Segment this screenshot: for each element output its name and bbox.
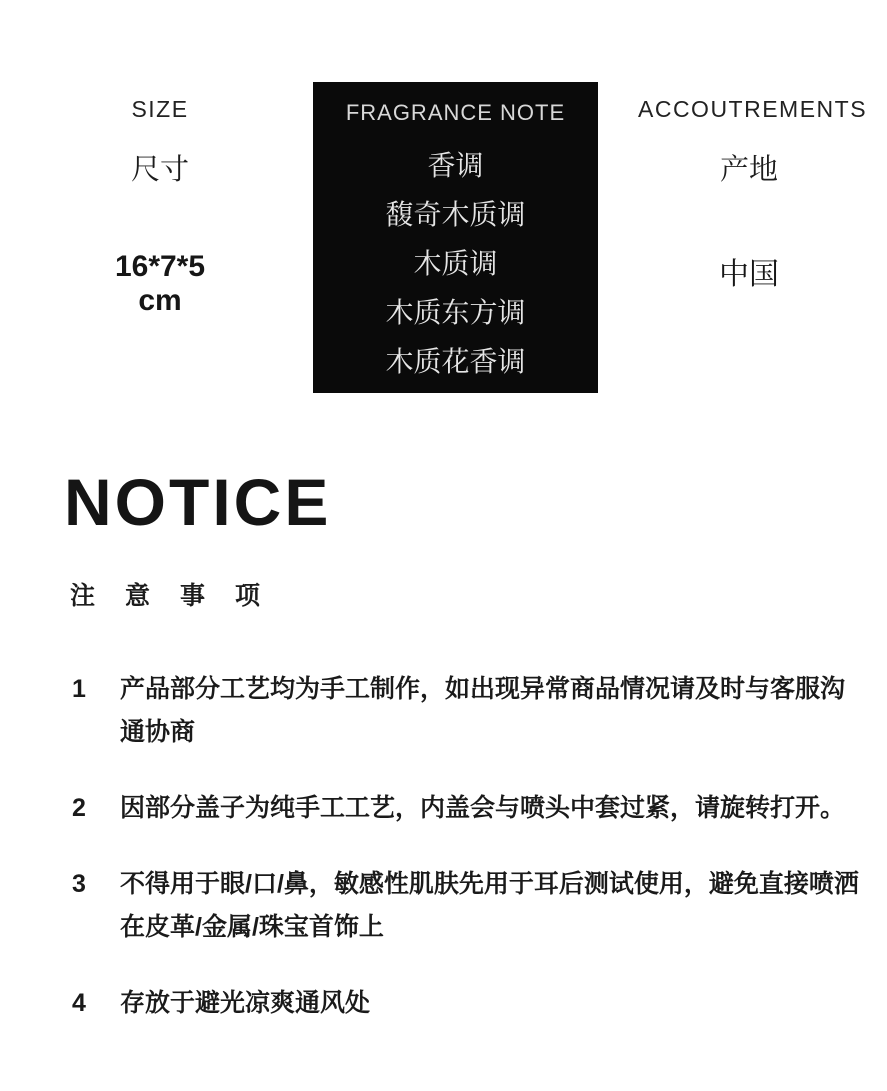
notice-item: 3 不得用于眼/口/鼻，敏感性肌肤先用于耳后测试使用，避免直接喷洒在皮革/金属/… [72,863,865,949]
notice-subtitle: 注意事项 [70,576,290,612]
notice-item: 1 产品部分工艺均为手工制作，如出现异常商品情况请及时与客服沟通协商 [72,668,865,754]
size-label-en: SIZE [55,96,265,123]
size-column: SIZE 尺寸 16*7*5 cm [55,96,265,318]
notice-item-number: 3 [72,863,120,906]
origin-label-zh: 产地 [638,147,860,188]
size-value-unit: cm [55,284,265,318]
notice-title: NOTICE [64,468,331,537]
notice-list: 1 产品部分工艺均为手工制作，如出现异常商品情况请及时与客服沟通协商 2 因部分… [72,668,865,1058]
fragrance-note: 馥奇木质调 [313,190,598,239]
notice-item-number: 4 [72,982,120,1025]
notice-item: 2 因部分盖子为纯手工工艺，内盖会与喷头中套过紧，请旋转打开。 [72,787,865,830]
fragrance-label-zh: 香调 [313,141,598,190]
size-value-dimensions: 16*7*5 [55,250,265,284]
notice-item-text: 不得用于眼/口/鼻，敏感性肌肤先用于耳后测试使用，避免直接喷洒在皮革/金属/珠宝… [120,863,865,949]
fragrance-note: 木质东方调 [313,288,598,337]
origin-label-en: ACCOUTREMENTS [638,96,860,123]
notice-item-text: 产品部分工艺均为手工制作，如出现异常商品情况请及时与客服沟通协商 [120,668,865,754]
notice-item-number: 2 [72,787,120,830]
fragrance-note: 木质花香调 [313,337,598,386]
size-label-zh: 尺寸 [55,147,265,188]
product-notice-page: SIZE 尺寸 16*7*5 cm FRAGRANCE NOTE 香调 馥奇木质… [0,0,887,1091]
size-value: 16*7*5 cm [55,250,265,318]
fragrance-note: 木质调 [313,239,598,288]
fragrance-panel: FRAGRANCE NOTE 香调 馥奇木质调 木质调 木质东方调 木质花香调 [313,82,598,393]
origin-value: 中国 [638,258,860,292]
notice-item: 4 存放于避光凉爽通风处 [72,982,865,1025]
notice-item-number: 1 [72,668,120,711]
notice-item-text: 因部分盖子为纯手工工艺，内盖会与喷头中套过紧，请旋转打开。 [120,787,865,830]
fragrance-label-en: FRAGRANCE NOTE [313,100,598,126]
origin-column: ACCOUTREMENTS 产地 中国 [638,96,860,292]
notice-item-text: 存放于避光凉爽通风处 [120,982,865,1025]
